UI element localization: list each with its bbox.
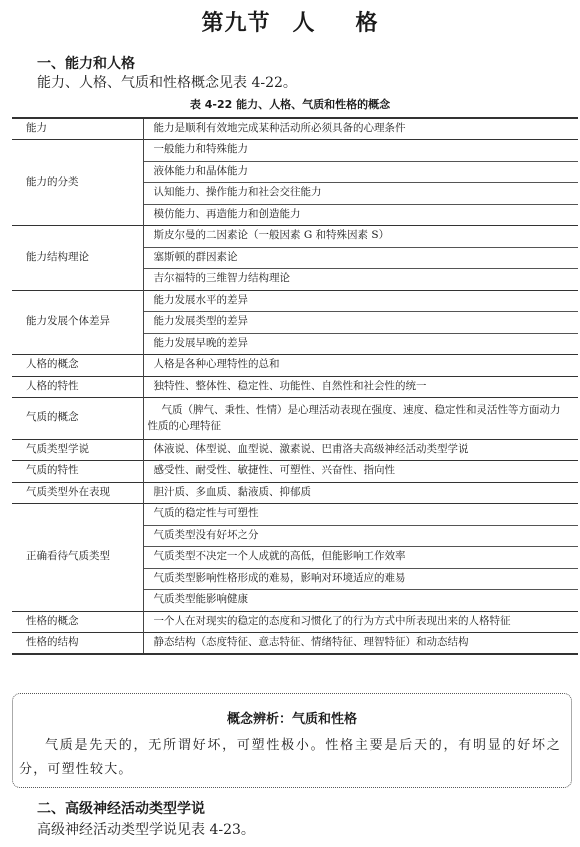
- note-text: 气质是先天的，无所谓好坏，可塑性极小。性格主要是后天的，有明显的好坏之分，可塑性…: [19, 734, 561, 782]
- definition-cell: 气质类型能影响健康: [143, 590, 578, 612]
- definition-cell: 胆汁质、多血质、黏液质、抑郁质: [143, 482, 578, 504]
- definition-cell: 气质类型没有好坏之分: [143, 525, 578, 547]
- term-cell: 性格的结构: [12, 633, 143, 655]
- definition-cell: 气质类型影响性格形成的难易，影响对环境适应的难易: [143, 568, 578, 590]
- term-cell: 气质的概念: [12, 398, 143, 440]
- table-row: 人格的特性独特性、整体性、稳定性、功能性、自然性和社会性的统一: [12, 376, 578, 398]
- definition-cell: 能力发展类型的差异: [143, 312, 578, 334]
- section1-intro: 能力、人格、气质和性格概念见表 4-22。: [37, 72, 297, 92]
- term-cell: 性格的概念: [12, 611, 143, 633]
- table-row: 能力的分类一般能力和特殊能力: [12, 140, 578, 162]
- concepts-table-body: 能力能力是顺利有效地完成某种活动所必须具备的心理条件能力的分类一般能力和特殊能力…: [12, 118, 578, 654]
- chapter-title-word2: 格: [356, 11, 379, 36]
- definition-cell: 斯皮尔曼的二因素论（一般因素 G 和特殊因素 S）: [143, 226, 578, 248]
- definition-cell: 气质的稳定性与可塑性: [143, 504, 578, 526]
- table-row: 气质的概念气质（脾气、秉性、性情）是心理活动表现在强度、速度、稳定性和灵活性等方…: [12, 398, 578, 440]
- definition-cell: 气质（脾气、秉性、性情）是心理活动表现在强度、速度、稳定性和灵活性等方面动力性质…: [143, 398, 578, 440]
- section2-heading: 二、高级神经活动类型学说: [37, 798, 205, 818]
- definition-cell: 认知能力、操作能力和社会交往能力: [143, 183, 578, 205]
- table-row: 能力结构理论斯皮尔曼的二因素论（一般因素 G 和特殊因素 S）: [12, 226, 578, 248]
- definition-cell: 气质类型不决定一个人成就的高低，但能影响工作效率: [143, 547, 578, 569]
- chapter-title-number: 第九节: [201, 11, 270, 36]
- table-row: 气质的特性感受性、耐受性、敏捷性、可塑性、兴奋性、指向性: [12, 461, 578, 483]
- term-cell: 能力的分类: [12, 140, 143, 226]
- definition-cell: 吉尔福特的三维智力结构理论: [143, 269, 578, 291]
- note-title: 概念辨析：气质和性格: [13, 708, 571, 727]
- definition-cell: 静态结构（态度特征、意志特征、情绪特征、理智特征）和动态结构: [143, 633, 578, 655]
- definition-cell: 塞斯顿的群因素论: [143, 247, 578, 269]
- table-row: 正确看待气质类型气质的稳定性与可塑性: [12, 504, 578, 526]
- table-row: 气质类型外在表现胆汁质、多血质、黏液质、抑郁质: [12, 482, 578, 504]
- term-cell: 正确看待气质类型: [12, 504, 143, 612]
- table-row: 气质类型学说体液说、体型说、血型说、激素说、巴甫洛夫高级神经活动类型学说: [12, 439, 578, 461]
- definition-cell: 感受性、耐受性、敏捷性、可塑性、兴奋性、指向性: [143, 461, 578, 483]
- definition-cell: 能力是顺利有效地完成某种活动所必须具备的心理条件: [143, 118, 578, 140]
- table-row: 人格的概念人格是各种心理特性的总和: [12, 355, 578, 377]
- definition-cell: 能力发展水平的差异: [143, 290, 578, 312]
- term-cell: 气质类型外在表现: [12, 482, 143, 504]
- concept-note-box: 概念辨析：气质和性格 气质是先天的，无所谓好坏，可塑性极小。性格主要是后天的，有…: [12, 693, 572, 788]
- term-cell: 人格的特性: [12, 376, 143, 398]
- table-row: 性格的结构静态结构（态度特征、意志特征、情绪特征、理智特征）和动态结构: [12, 633, 578, 655]
- definition-cell: 液体能力和晶体能力: [143, 161, 578, 183]
- table-row: 能力能力是顺利有效地完成某种活动所必须具备的心理条件: [12, 118, 578, 140]
- chapter-title-word1: 人: [292, 11, 315, 36]
- definition-cell: 一个人在对现实的稳定的态度和习惯化了的行为方式中所表现出来的人格特征: [143, 611, 578, 633]
- definition-cell: 一般能力和特殊能力: [143, 140, 578, 162]
- definition-cell: 模仿能力、再造能力和创造能力: [143, 204, 578, 226]
- definition-cell: 能力发展早晚的差异: [143, 333, 578, 355]
- definition-cell: 体液说、体型说、血型说、激素说、巴甫洛夫高级神经活动类型学说: [143, 439, 578, 461]
- term-cell: 能力结构理论: [12, 226, 143, 291]
- term-cell: 能力发展个体差异: [12, 290, 143, 355]
- section2-intro: 高级神经活动类型学说见表 4-23。: [37, 819, 255, 839]
- table-caption: 表 4-22 能力、人格、气质和性格的概念: [0, 96, 580, 112]
- term-cell: 气质类型学说: [12, 439, 143, 461]
- table-row: 能力发展个体差异能力发展水平的差异: [12, 290, 578, 312]
- definition-cell: 人格是各种心理特性的总和: [143, 355, 578, 377]
- section1-heading: 一、能力和人格: [37, 53, 135, 73]
- term-cell: 能力: [12, 118, 143, 140]
- table-row: 性格的概念一个人在对现实的稳定的态度和习惯化了的行为方式中所表现出来的人格特征: [12, 611, 578, 633]
- term-cell: 人格的概念: [12, 355, 143, 377]
- definition-cell: 独特性、整体性、稳定性、功能性、自然性和社会性的统一: [143, 376, 578, 398]
- term-cell: 气质的特性: [12, 461, 143, 483]
- chapter-title: 第九节人格: [0, 6, 580, 37]
- concepts-table: 能力能力是顺利有效地完成某种活动所必须具备的心理条件能力的分类一般能力和特殊能力…: [12, 117, 578, 655]
